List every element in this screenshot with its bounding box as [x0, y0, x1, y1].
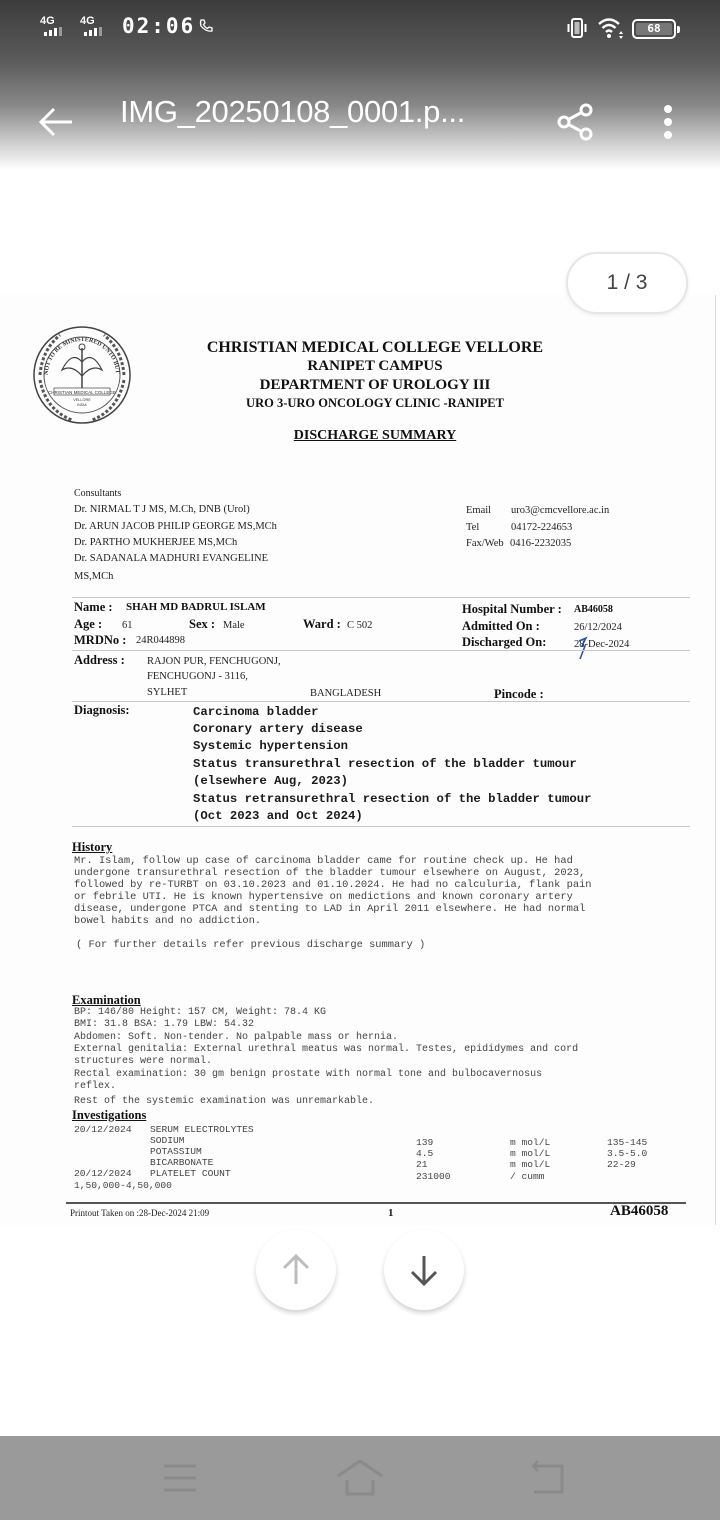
mrd-label: MRDNo : [74, 633, 126, 648]
diagnosis-item: Coronary artery disease [193, 722, 363, 736]
document-title: DISCHARGE SUMMARY [195, 428, 555, 444]
pincode-label: Pincode : [494, 687, 544, 702]
arrow-down-icon [404, 1250, 444, 1290]
history-line: bowel habits and no addiction. [74, 915, 674, 927]
admitted-label: Admitted On : [462, 619, 540, 634]
address-country: BANGLADESH [310, 688, 381, 699]
consultant-item: Dr. SADANALA MADHURI EVANGELINE [74, 553, 268, 564]
patient-name: SHAH MD BADRUL ISLAM [126, 601, 266, 613]
investigation-unit: m mol/L [510, 1148, 550, 1159]
more-options-button[interactable] [650, 100, 686, 144]
examination-line: External genitalia: External urethral me… [74, 1044, 674, 1056]
age-value: 61 [122, 620, 133, 631]
investigation-test: SERUM ELECTROLYTES [150, 1124, 254, 1135]
examination-line: Rest of the systemic examination was unr… [74, 1096, 674, 1108]
footer-hospital-number: AB46058 [610, 1203, 668, 1220]
examination-line: BP: 146/80 Height: 157 CM, Weight: 78.4 … [74, 1007, 674, 1019]
fax-label: Fax/Web [466, 538, 504, 549]
sex-value: Male [223, 620, 245, 631]
examination-line: Rectal examination: 30 gm benign prostat… [74, 1069, 674, 1081]
fax-value: 0416-2232035 [510, 538, 571, 549]
back-button[interactable] [34, 100, 78, 144]
arrow-up-icon [276, 1250, 316, 1290]
name-label: Name : [74, 600, 113, 615]
history-line: disease, undergone PTCA and stenting to … [74, 903, 674, 915]
app-bar: IMG_20250108_0001.p... [0, 80, 720, 160]
address-city: SYLHET [147, 687, 187, 698]
consultant-item: Dr. NIRMAL T J MS, M.Ch, DNB (Urol) [74, 504, 250, 515]
examination-line: Abdomen: Soft. Non-tender. No palpable m… [74, 1032, 674, 1044]
svg-text:INDIA: INDIA [77, 403, 87, 407]
investigation-test: BICARBONATE [150, 1157, 213, 1168]
battery-level: 68 [634, 22, 674, 35]
hospital-number-label: Hospital Number : [462, 602, 562, 617]
system-navigation-bar [0, 1436, 720, 1520]
ward-value: C 502 [347, 620, 372, 631]
file-title: IMG_20250108_0001.p... [120, 94, 465, 130]
tel-value: 04172-224653 [511, 522, 572, 533]
next-page-button[interactable] [384, 1230, 464, 1310]
consultant-item: MS,MCh [74, 571, 113, 582]
share-button[interactable] [554, 100, 598, 144]
more-vert-icon [650, 100, 686, 144]
pen-mark [576, 635, 590, 661]
examination-line: reflex. [74, 1081, 674, 1093]
history-title: History [72, 840, 112, 855]
diagnosis-item: Status retransurethral resection of the … [193, 792, 591, 806]
battery-icon: 68 [632, 19, 676, 39]
college-seal-logo: CHRISTIAN MEDICAL COLLEGE VELLORE INDIA … [26, 320, 138, 430]
age-label: Age : [74, 617, 102, 632]
svg-text:CHRISTIAN MEDICAL COLLEGE: CHRISTIAN MEDICAL COLLEGE [48, 390, 116, 395]
diagnosis-item: (elsewhere Aug, 2023) [193, 774, 348, 788]
previous-page-button[interactable] [256, 1230, 336, 1310]
history-note: ( For further details refer previous dis… [76, 939, 676, 951]
signal-icon: 4G [40, 16, 62, 36]
network-type-label: 4G [40, 16, 55, 27]
investigation-test: SODIUM [150, 1135, 185, 1146]
examination-line: BMI: 31.8 BSA: 1.79 LBW: 54.32 [74, 1019, 674, 1031]
network-type-label: 4G [80, 16, 95, 27]
investigation-unit: / cumm [510, 1171, 545, 1182]
history-line: undergone transurethral resection of the… [74, 867, 674, 879]
address-label: Address : [74, 653, 125, 668]
investigation-value: 21 [416, 1159, 428, 1170]
document-title-text: DISCHARGE SUMMARY [294, 428, 456, 443]
sex-label: Sex : [189, 617, 215, 632]
ward-label: Ward : [303, 617, 341, 632]
vibrate-icon [565, 17, 589, 39]
investigation-date: 20/12/2024 [74, 1168, 132, 1179]
investigation-value: 139 [416, 1137, 433, 1148]
diagnosis-item: Systemic hypertension [193, 739, 348, 753]
phone-call-icon [198, 18, 214, 34]
diagnosis-item: Status transurethral resection of the bl… [193, 757, 577, 771]
back-return-icon [526, 1456, 576, 1500]
consultant-item: Dr. ARUN JACOB PHILIP GEORGE MS,MCh [74, 521, 277, 532]
status-bar: 4G 4G 02:06 68 [0, 0, 720, 56]
institution-name: CHRISTIAN MEDICAL COLLEGE VELLORE [195, 339, 555, 357]
investigation-range: 3.5-5.0 [607, 1148, 647, 1159]
menu-lines-icon [156, 1456, 206, 1500]
document-page[interactable]: CHRISTIAN MEDICAL COLLEGE VELLORE INDIA … [0, 295, 715, 1225]
share-icon [554, 100, 598, 144]
admitted-date: 26/12/2024 [574, 622, 622, 633]
printout-timestamp: Printout Taken on :28-Dec-2024 21:09 [70, 1208, 209, 1218]
consultants-label: Consultants [74, 488, 121, 499]
investigation-unit: m mol/L [510, 1137, 550, 1148]
signal-icon: 4G [80, 16, 102, 36]
diagnosis-label: Diagnosis: [74, 703, 130, 718]
email-label: Email [466, 505, 491, 516]
department-name: DEPARTMENT OF UROLOGY III [195, 377, 555, 394]
page-counter: 1 / 3 [566, 252, 688, 314]
campus-name: RANIPET CAMPUS [195, 358, 555, 375]
top-bar: 4G 4G 02:06 68 [0, 0, 720, 170]
clinic-name: URO 3-URO ONCOLOGY CLINIC -RANIPET [195, 396, 555, 411]
investigations-title: Investigations [72, 1108, 146, 1123]
page-edge [715, 295, 720, 1225]
home-icon [335, 1456, 385, 1500]
address-line: RAJON PUR, FENCHUGONJ, [147, 656, 281, 667]
consultant-item: Dr. PARTHO MUKHERJEE MS,MCh [74, 537, 237, 548]
investigation-date: 20/12/2024 [74, 1124, 132, 1135]
examination-line: structures were normal. [74, 1056, 674, 1068]
home-button[interactable] [335, 1456, 385, 1500]
mrd-value: 24R044898 [136, 635, 185, 646]
investigation-test: PLATELET COUNT [150, 1168, 231, 1179]
email-value: uro3@cmcvellore.ac.in [511, 505, 609, 516]
history-line: Mr. Islam, follow up case of carcinoma b… [74, 855, 674, 867]
investigation-value: 4.5 [416, 1148, 433, 1159]
investigation-value: 231000 [416, 1171, 451, 1182]
doc-page-number: 1 [388, 1207, 394, 1219]
history-line: or febrile UTI. He is known hypertensive… [74, 891, 674, 903]
address-line: FENCHUGONJ - 3116, [147, 671, 248, 682]
tel-label: Tel [466, 522, 479, 533]
investigation-range: 22-29 [607, 1159, 636, 1170]
recents-button[interactable] [156, 1456, 206, 1500]
discharged-label: Discharged On: [462, 635, 546, 650]
wifi-icon [597, 16, 625, 40]
investigation-range: 135-145 [607, 1137, 647, 1148]
diagnosis-item: Carcinoma bladder [193, 705, 318, 719]
platelet-range: 1,50,000-4,50,000 [74, 1180, 172, 1191]
diagnosis-item: (Oct 2023 and Oct 2024) [193, 809, 363, 823]
back-nav-button[interactable] [526, 1456, 576, 1500]
clock: 02:06 [122, 14, 195, 38]
history-line: followed by re-TURBT on 03.10.2023 and 0… [74, 879, 674, 891]
investigation-unit: m mol/L [510, 1159, 550, 1170]
svg-text:VELLORE: VELLORE [73, 398, 91, 402]
investigation-test: POTASSIUM [150, 1146, 202, 1157]
hospital-number-value: AB46058 [574, 604, 613, 615]
examination-title: Examination [72, 993, 141, 1008]
arrow-left-icon [34, 100, 78, 144]
